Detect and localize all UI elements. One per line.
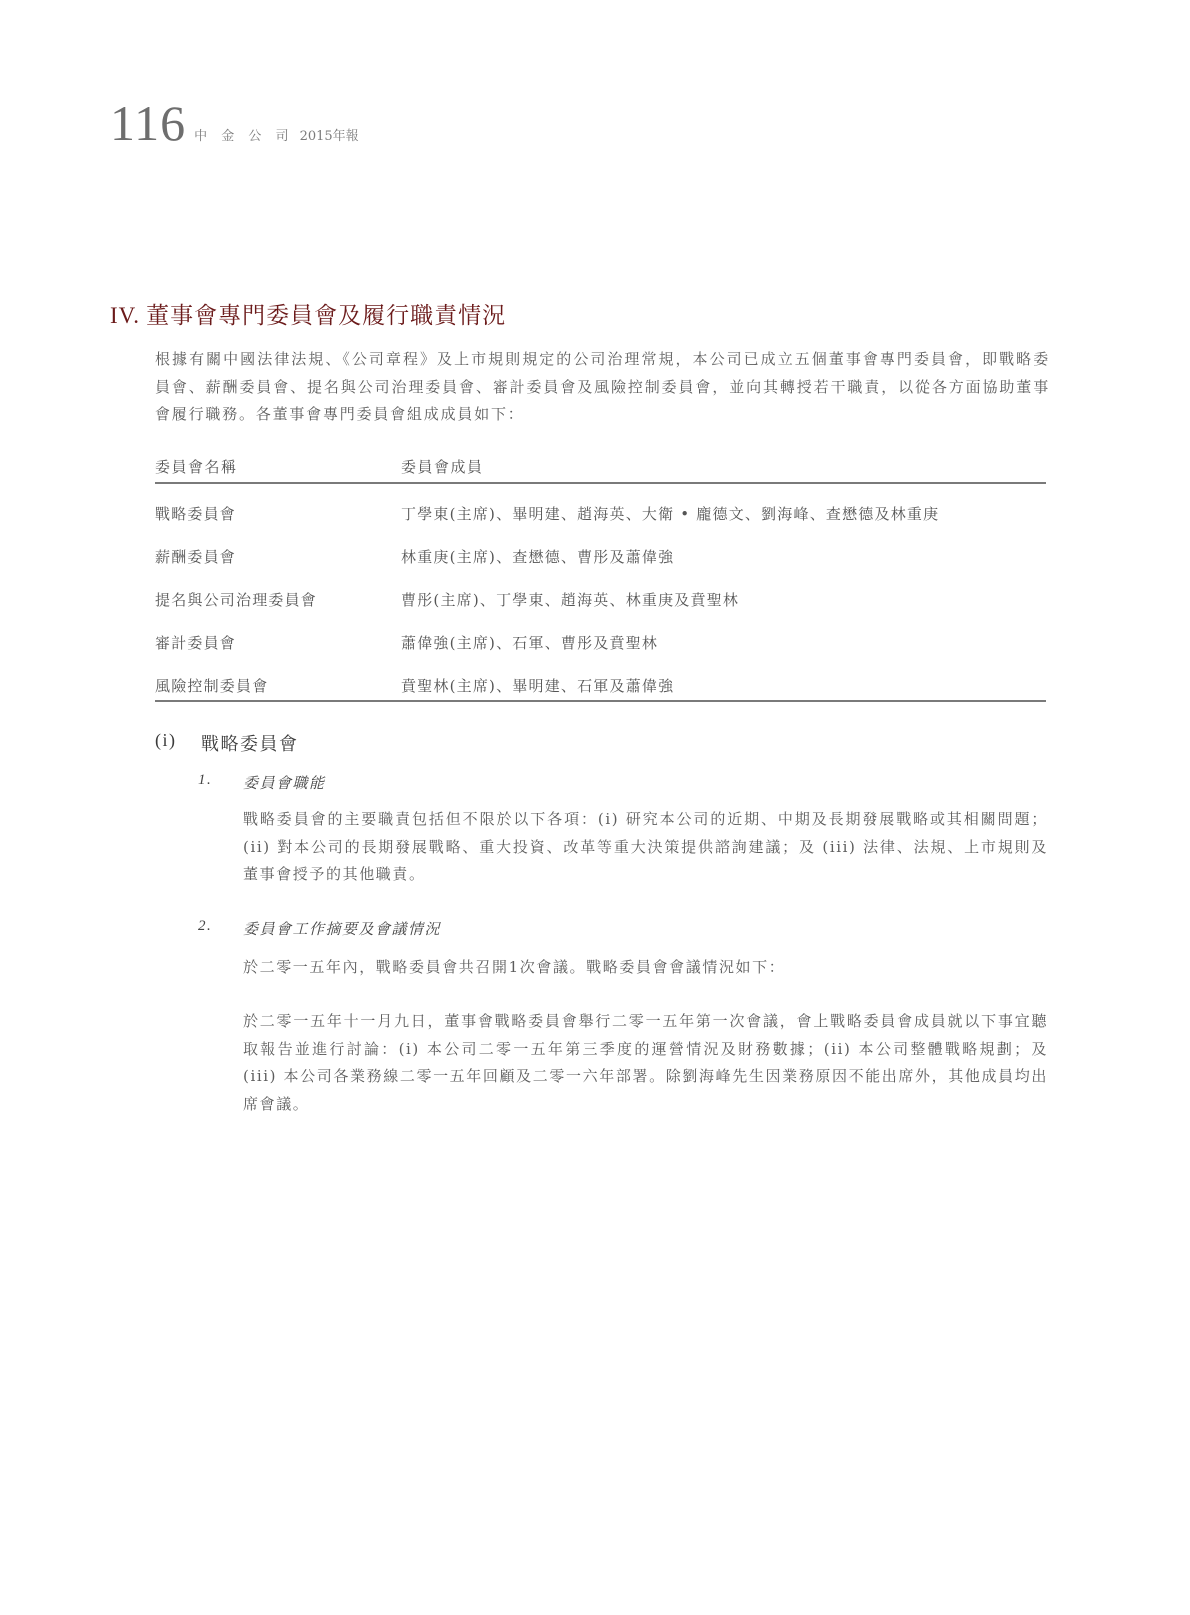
item-heading-work-summary: 2. 委員會工作摘要及會議情況 [198,918,441,939]
meeting-details-paragraph: 於二零一五年十一月九日，董事會戰略委員會舉行二零一五年第一次會議，會上戰略委員會… [243,1008,1048,1118]
table-row: 提名與公司治理委員會 曹彤(主席)、丁學東、趙海英、林重庚及賁聖林 [155,569,1046,612]
item-title: 委員會工作摘要及會議情況 [243,918,441,939]
functions-paragraph: 戰略委員會的主要職責包括但不限於以下各項：(i) 研究本公司的近期、中期及長期發… [243,806,1048,889]
committee-name: 提名與公司治理委員會 [155,569,401,612]
page-number: 116 [110,98,186,148]
subsection-heading: (i) 戰略委員會 [155,730,299,756]
table-row: 薪酬委員會 林重庚(主席)、查懋德、曹彤及蕭偉強 [155,526,1046,569]
subsection-title: 戰略委員會 [201,730,299,756]
table-row: 審計委員會 蕭偉強(主席)、石軍、曹彤及賁聖林 [155,612,1046,655]
company-name: 中 金 公 司 [194,125,293,144]
section-title-text: 董事會專門委員會及履行職責情況 [146,303,506,328]
committee-members: 林重庚(主席)、查懋德、曹彤及蕭偉強 [401,526,1046,569]
section-number: IV. [110,303,140,328]
item-number: 1. [198,772,243,793]
column-header-committee-name: 委員會名稱 [155,452,401,483]
intro-paragraph: 根據有關中國法律法規、《公司章程》及上市規則規定的公司治理常規，本公司已成立五個… [155,346,1050,429]
item-heading-functions: 1. 委員會職能 [198,772,326,793]
committee-members: 丁學東(主席)、畢明建、趙海英、大衛 • 龐德文、劉海峰、查懋德及林重庚 [401,483,1046,526]
committee-name: 風險控制委員會 [155,655,401,701]
committee-table: 委員會名稱 委員會成員 戰略委員會 丁學東(主席)、畢明建、趙海英、大衛 • 龐… [155,452,1046,702]
table-row: 風險控制委員會 賁聖林(主席)、畢明建、石軍及蕭偉強 [155,655,1046,701]
committee-name: 戰略委員會 [155,483,401,526]
committee-name: 審計委員會 [155,612,401,655]
column-header-committee-members: 委員會成員 [401,452,1046,483]
table-row: 戰略委員會 丁學東(主席)、畢明建、趙海英、大衛 • 龐德文、劉海峰、查懋德及林… [155,483,1046,526]
table-header-row: 委員會名稱 委員會成員 [155,452,1046,483]
committee-members: 賁聖林(主席)、畢明建、石軍及蕭偉強 [401,655,1046,701]
page-header: 116 中 金 公 司 2015年報 [110,98,359,148]
item-number: 2. [198,918,243,939]
section-title: IV.董事會專門委員會及履行職責情況 [110,297,506,330]
committee-name: 薪酬委員會 [155,526,401,569]
report-name: 2015年報 [300,125,359,144]
committee-members: 蕭偉強(主席)、石軍、曹彤及賁聖林 [401,612,1046,655]
item-title: 委員會職能 [243,772,326,793]
committee-members: 曹彤(主席)、丁學東、趙海英、林重庚及賁聖林 [401,569,1046,612]
subsection-number: (i) [155,730,201,756]
meeting-count-paragraph: 於二零一五年內，戰略委員會共召開1次會議。戰略委員會會議情況如下： [243,954,1048,982]
